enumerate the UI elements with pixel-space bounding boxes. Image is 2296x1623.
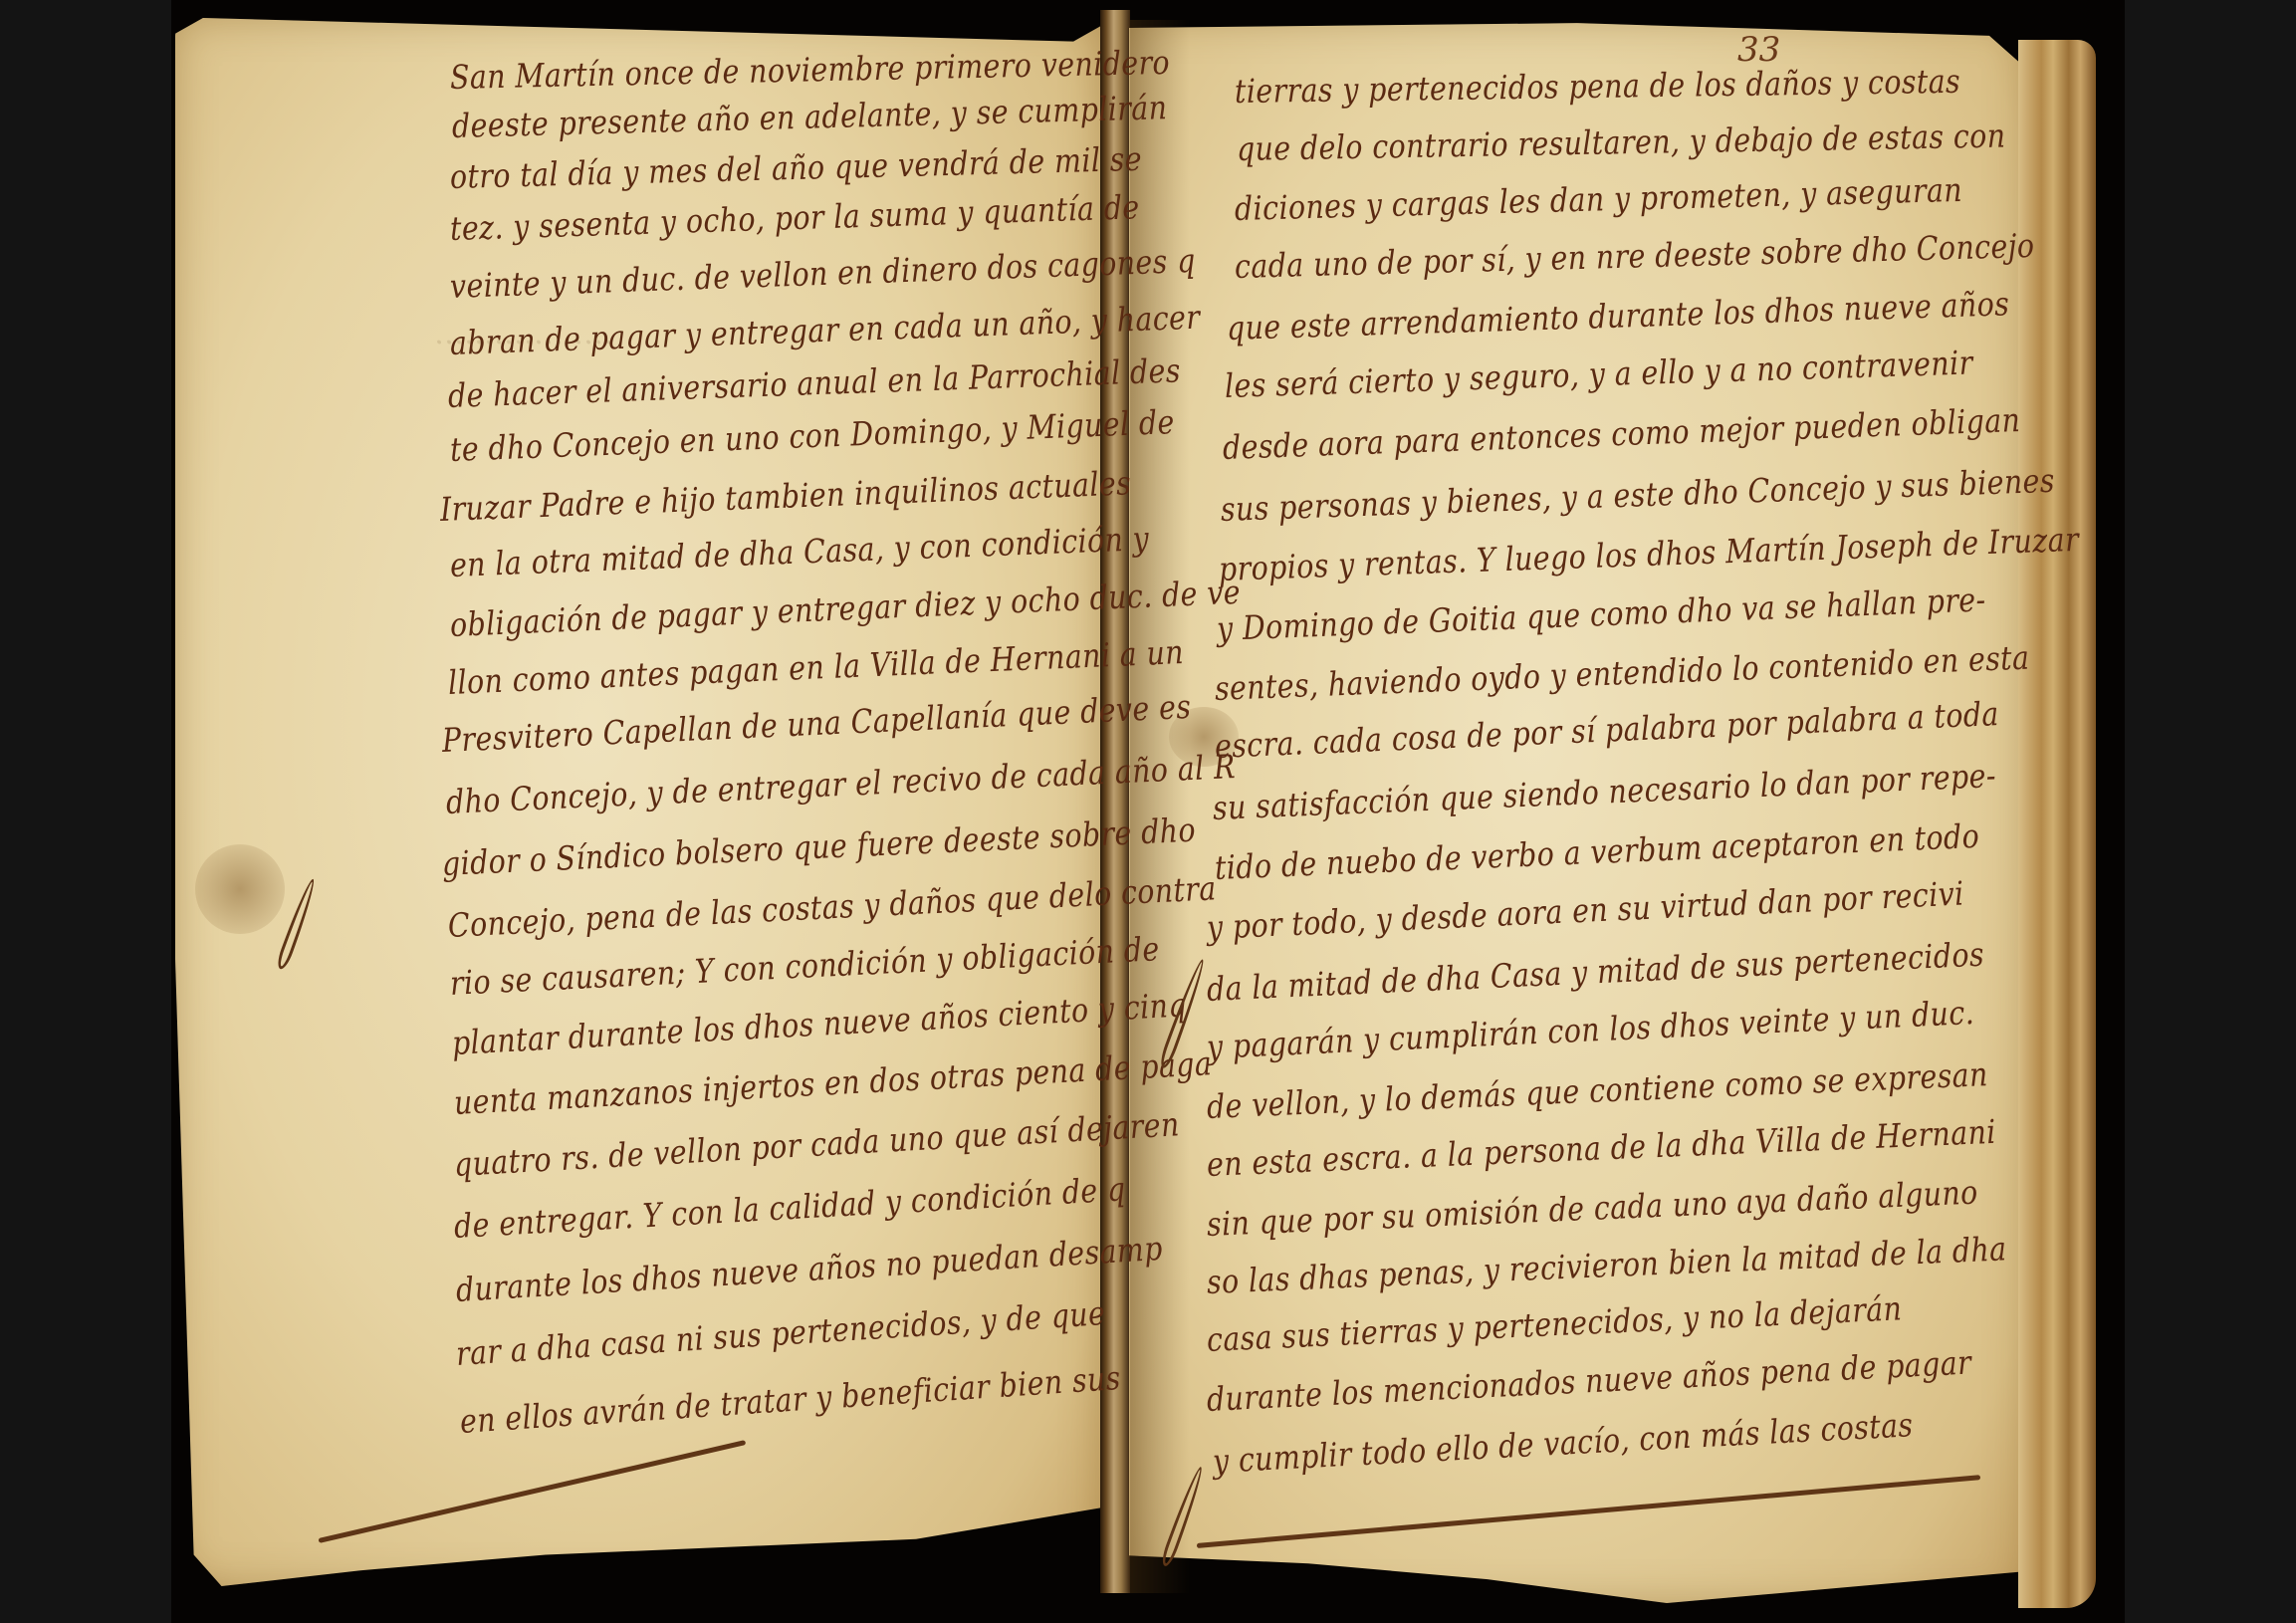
document-viewer: ……………… 33 San Martín once de noviembre p…: [0, 0, 2296, 1623]
paper-stain: [195, 844, 285, 934]
page-edges: [2018, 40, 2096, 1608]
manuscript-scan: ……………… 33 San Martín once de noviembre p…: [171, 0, 2125, 1623]
